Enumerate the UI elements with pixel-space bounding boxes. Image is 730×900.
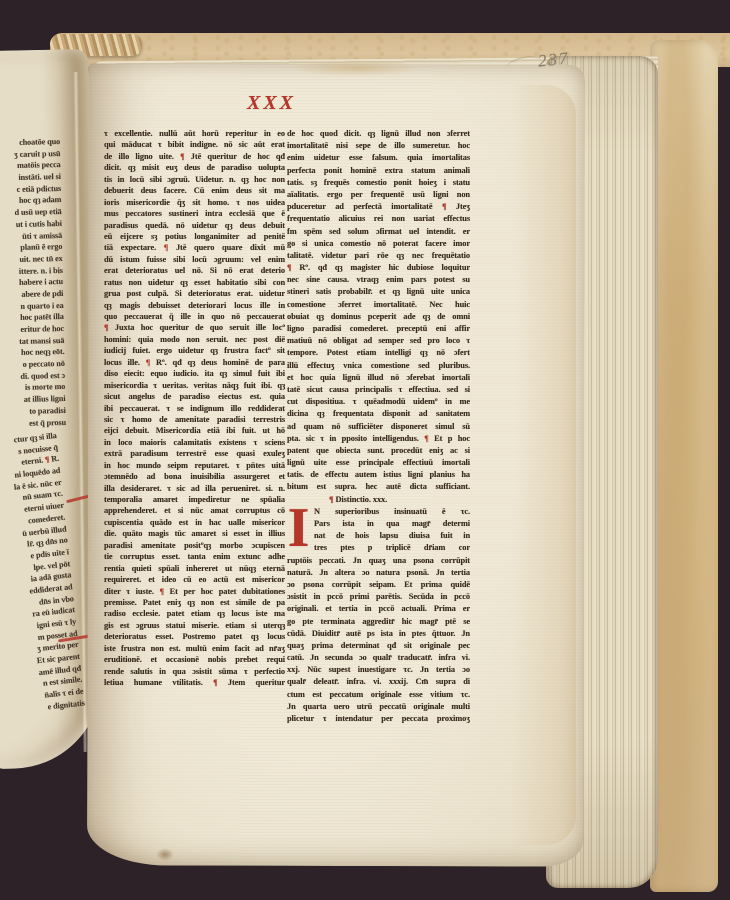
text-line: qualr̄ deleatr̄. infra. vi. xxxij. Cm̄ s… [287, 676, 470, 688]
text-line: cupiscentia quādo est in hac ualle miser… [104, 517, 285, 528]
text-line: tie corruptus esset. tanta enim extunc a… [104, 551, 285, 562]
text-line: ¶ Juxta hoc queritur de quo seruit ille … [104, 322, 285, 333]
text-line: τ excellentie. nullū aūt horū reperitur … [104, 128, 285, 139]
text-line: go si unica comestio nō poterat facere i… [287, 238, 470, 250]
text-line: pduceretur ad perfectā imortalitatē ¶ Jt… [287, 201, 470, 213]
text-line: diter τ iuste. ¶ Et per hoc patet dubita… [104, 586, 285, 597]
paper-toning [512, 85, 576, 845]
text-line: patent que obiecta sunt. procedūt eniʒ a… [287, 445, 470, 457]
text-line: iste frustra non est. multū enim facit a… [104, 643, 285, 654]
text-line: ɔtemnēdo ad bona inuisibilia assurgeret … [104, 471, 285, 482]
text-line: in hoc mundo seipm reputaret. τ pn̄tes u… [104, 460, 285, 471]
text-line: grua post culpā. Si deterioratus erat. u… [104, 288, 285, 299]
text-line: eū eijcere sȝ potius longanimiter ad pen… [104, 231, 285, 242]
text-line: sicut angelus de paradiso eiectus est. q… [104, 391, 285, 402]
text-line: extrā paradisum terrestrē esse quasi exu… [104, 448, 285, 459]
initial-paragraph: I N superioribus insinuatū ē τc.Pars ist… [287, 506, 470, 555]
text-line: radiso ecclesie. patet etiam qȝ locus is… [104, 608, 285, 619]
text-line: erat deterioratus uel nō. Si nō erat det… [104, 265, 285, 276]
text-line: premisse. Patet eniʒ qȝ non est simile d… [104, 597, 285, 608]
text-line: rentia quieti spūali inhereret ut nūqȝ e… [104, 563, 285, 574]
text-line: N superioribus insinuatū ē τc. [287, 506, 470, 518]
text-line: comestione ɔferret imortalitatē. Nec hui… [287, 299, 470, 311]
text-line: diso eiecit: equo iudicio. ita qȝ simul … [104, 368, 285, 379]
text-line: frequentatio alicuius rei non uariat eff… [287, 213, 470, 225]
text-line: tatē sicut causa principalis τ effectiua… [287, 384, 470, 396]
text-line: enim uidetur esse falsum. quia imortalit… [287, 152, 470, 164]
text-line: ratus non uidetur qȝ esset habitatio sib… [104, 277, 285, 288]
text-line: catū. Jn secunda ɔo qualr̄ traducatr̄. i… [287, 652, 470, 664]
text-line: requireret. et ideo cū eo actū est miser… [104, 574, 285, 585]
text-line: ctum est peccatum originale esse vitium … [287, 689, 470, 701]
distinctio-title: Distinctio. xxx. [335, 495, 387, 504]
text-line: letiua humane vtilitatis. ¶ Jtem queritu… [104, 677, 285, 688]
text-line: illū effectuʒ vnica comestione sed pluri… [287, 360, 470, 372]
text-line: eijci debuit. Misericordia etiā ibi fuit… [104, 425, 285, 436]
text-line: fm spēm sed solum ɔfirmat uel intendit. … [287, 226, 470, 238]
text-line: tis in locū sibi ɔgruū. Uidetur. n. qȝ h… [104, 174, 285, 185]
text-line: lignū uite esse principale effectiuū imo… [287, 457, 470, 469]
text-line: tempore. Potest etiam intelligi qȝ nō ɔf… [287, 347, 470, 359]
text-line: et hoc quia lignū illud nō ɔferebat imor… [287, 372, 470, 384]
text-line: deterioratus esset. Postremo patet qȝ lo… [104, 631, 285, 642]
text-line: matiuū nō obligat ad semper sed pro loco… [287, 335, 470, 347]
text-line: eruditionē. et occasionē nobis prebet re… [104, 654, 285, 665]
text-line: obuiat qȝ dominus pceperit ade qȝ de omn… [287, 311, 470, 323]
text-line: aīalitatis. ergo per frequentē usū ligni… [287, 189, 470, 201]
text-column-right: de hoc quod dicit. qȝ lignū illud non ɔf… [287, 128, 470, 725]
rubricated-initial-letter: I [287, 507, 310, 554]
vellum-cover-right [650, 40, 718, 892]
text-line: xxj. Nūc supest inuestigare τc. Jn terti… [287, 664, 470, 676]
text-line: Pars ista in qua magr̄ determi [287, 518, 470, 530]
text-line: apprehenderet. et si nūc amat corruptus … [104, 505, 285, 516]
paper-stain [290, 60, 420, 76]
text-line: dū istum fuisse sibi locū ɔgruum: vel en… [104, 254, 285, 265]
text-line: qui māducat τ bibit indigne. nō sic aūt … [104, 139, 285, 150]
text-line: talitatē. videtur pari rōe qȝ nec frequē… [287, 250, 470, 262]
text-line: in loco maioris calamitatis existens τ s… [104, 437, 285, 448]
text-line: locus ille. ¶ Rº. qđ qȝ deus hominē de p… [104, 357, 285, 368]
text-line: die. quāto magis tūc amaret si esset in … [104, 528, 285, 539]
text-line: naturā. Jn altera ɔo natura psonā. Jn te… [287, 567, 470, 579]
text-line: debuerit deus facere. Cū enim deus sit m… [104, 185, 285, 196]
text-line: de illo ligno uite. ¶ Jtē queritur de ho… [104, 151, 285, 162]
text-line: homini: quia modo non seruit. nec post d… [104, 334, 285, 345]
text-line: nec sine causa. vtraqȝ enim pars potest … [287, 274, 470, 286]
text-line: de hoc quod dicit. qȝ lignū illud non ɔf… [287, 128, 470, 140]
text-line: tatis. de effectu autem istius ligni pla… [287, 469, 470, 481]
text-line: est q̄ prosu [0, 416, 66, 430]
text-line: ɔsistit in pccō primi parētis. Secūda in… [287, 591, 470, 603]
text-line: paradisi amenitate positºqȝ morbo ɔcupis… [104, 540, 285, 551]
verso-text-fragments-upper: choatōe quoʒ caruit p usūmatōis peccains… [0, 136, 66, 430]
text-line: stineri satis probabilr̄. et qȝ lignū ui… [287, 286, 470, 298]
text-line: bitum est supra. hec autē dicta sufficia… [287, 481, 470, 493]
text-line: ioris misericordie q̄ʒ sit homo. τ nos u… [104, 197, 285, 208]
text-line: go pte terminata aggreditr̄ hic magr̄ pt… [287, 616, 470, 628]
chapter-number-rubric: XXX [247, 92, 296, 115]
text-line: gis est ɔgruus statui miserie. etiam si … [104, 620, 285, 631]
right-column-lower-lines: ruptōis peccati. Jn quaʒ una psona corrū… [287, 555, 470, 726]
text-line: ɔo psona corrūpit seipam. Et prima quidē [287, 579, 470, 591]
text-line: pta. sic τ in pposito intelligendus. ¶ E… [287, 433, 470, 445]
text-line: ad quam nō sufficiēter disponeret simul … [287, 421, 470, 433]
text-line: qȝ magis debuisset deteriorari locus ill… [104, 300, 285, 311]
text-line: temporalia amaret impediretur ne spūalia [104, 494, 285, 505]
text-line: plicetur τ intendatur per peccata proxim… [287, 713, 470, 725]
text-line: cūdā. Diuiditr̄ autē ps ista in ptes q̄t… [287, 628, 470, 640]
text-line: misericordia τ ueritas. veritas nāqȝ fui… [104, 380, 285, 391]
text-line: cut dispositiua. τ quēadmodū uidemº in m… [287, 396, 470, 408]
text-line: ligno paradisi comederet. preceptū eni a… [287, 323, 470, 335]
text-column-left: τ excellentie. nullū aūt horū reperitur … [104, 128, 285, 688]
text-line: tres ptes p triplicē dr̄iam cor [287, 542, 470, 554]
right-column-upper-lines: de hoc quod dicit. qȝ lignū illud non ɔf… [287, 128, 470, 494]
text-line: rende salutis in qua ɔsistit sūma τ perf… [104, 666, 285, 677]
text-line: dicina qȝ frequentata disponit ad sanita… [287, 408, 470, 420]
initial-indented-lines: N superioribus insinuatū ē τc.Pars ista … [287, 506, 470, 555]
text-line: ruptōis peccati. Jn quaʒ una psona corrū… [287, 555, 470, 567]
text-line: tiā expectare. ¶ Jtē quero quare dixit m… [104, 242, 285, 253]
text-line: perfecta ponit hominē extra statum anima… [287, 165, 470, 177]
text-line: iudicij fuiet. ergo uidetur qȝ frustra f… [104, 345, 285, 356]
text-line: quaʒ prima determinat qđ sit originale p… [287, 640, 470, 652]
text-line: dicit. qȝ misit euʒ deus de paradiso uol… [104, 162, 285, 173]
text-line: ¶ Rº. qđ qȝ magister hic dubiose loquitu… [287, 262, 470, 274]
text-line: sic τ homo de amenitate paradisi terrest… [104, 414, 285, 425]
text-line: originali. et tertia in pccō actuali. Pr… [287, 603, 470, 615]
text-line: mus peccatores sustineri intra ecclesiā … [104, 208, 285, 219]
handwritten-folio-number: 237 [537, 48, 570, 71]
text-line: ibi peccauerat. τ se indignum illo reddi… [104, 403, 285, 414]
text-line: nat de hois lapsu diuisa fuit in [287, 530, 470, 542]
text-line: paradisus quedā. nō uidetur qȝ deus debu… [104, 220, 285, 231]
text-line: imortalitatē nisi sepe de illo sumeretur… [287, 140, 470, 152]
paper-stain [156, 848, 174, 861]
photo-incunabulum-page: { "folio_number": "237", "chapter_headin… [0, 0, 730, 900]
text-line: tatis. sȝ frequēs comestio ponit hoieʒ i… [287, 177, 470, 189]
pilcrow-icon: ¶ [329, 495, 333, 504]
distinctio-heading: ¶ Distinctio. xxx. [287, 494, 470, 506]
text-line: illa desideraret. τ sic ad illa peruenir… [104, 483, 285, 494]
text-line: Jn quarta uero utrū peccatū originale mu… [287, 701, 470, 713]
text-line: quo peccauerat q̄ ille in quo nō peccaue… [104, 311, 285, 322]
